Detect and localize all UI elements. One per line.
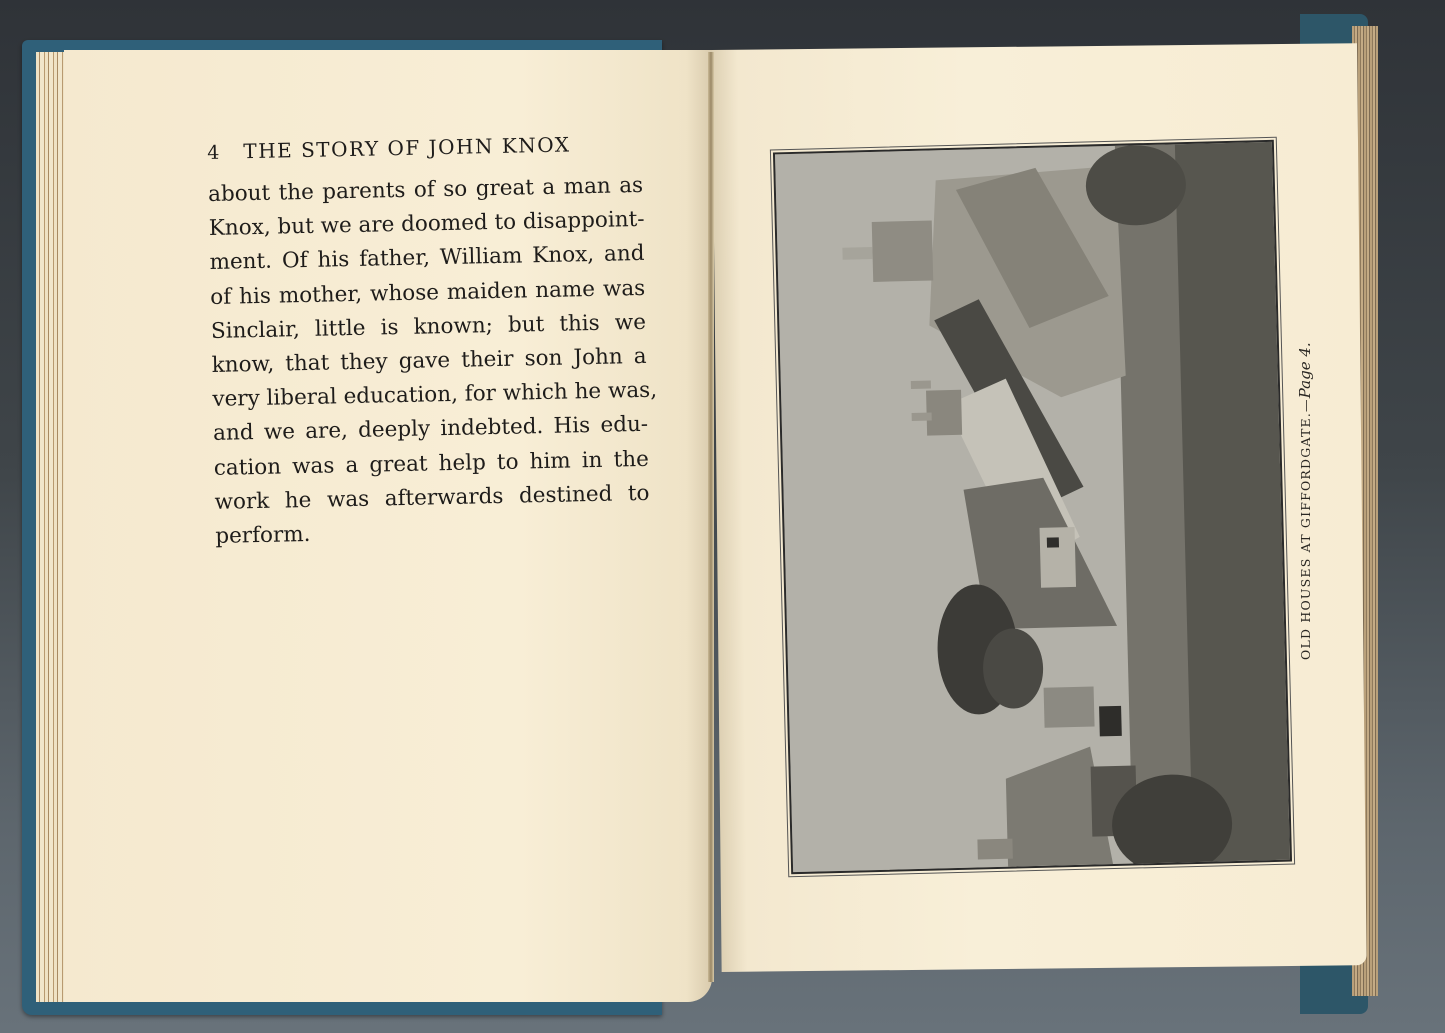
- photo-plate: [773, 140, 1292, 874]
- body-paragraph: about the parents of so great a man as K…: [208, 169, 651, 554]
- plate-caption: OLD HOUSES AT GIFFORDGATE.—Page 4.: [1296, 342, 1314, 660]
- book-gutter: [708, 52, 714, 982]
- left-page-text: 4 THE STORY OF JOHN KNOX about the paren…: [207, 131, 651, 554]
- caption-title: OLD HOUSES AT GIFFORDGATE.: [1298, 412, 1313, 660]
- houses-photo-illustration: [775, 142, 1290, 872]
- caption-dash: —: [1298, 398, 1313, 412]
- caption-page-ref: Page 4.: [1296, 342, 1314, 398]
- page-number: 4: [207, 142, 220, 164]
